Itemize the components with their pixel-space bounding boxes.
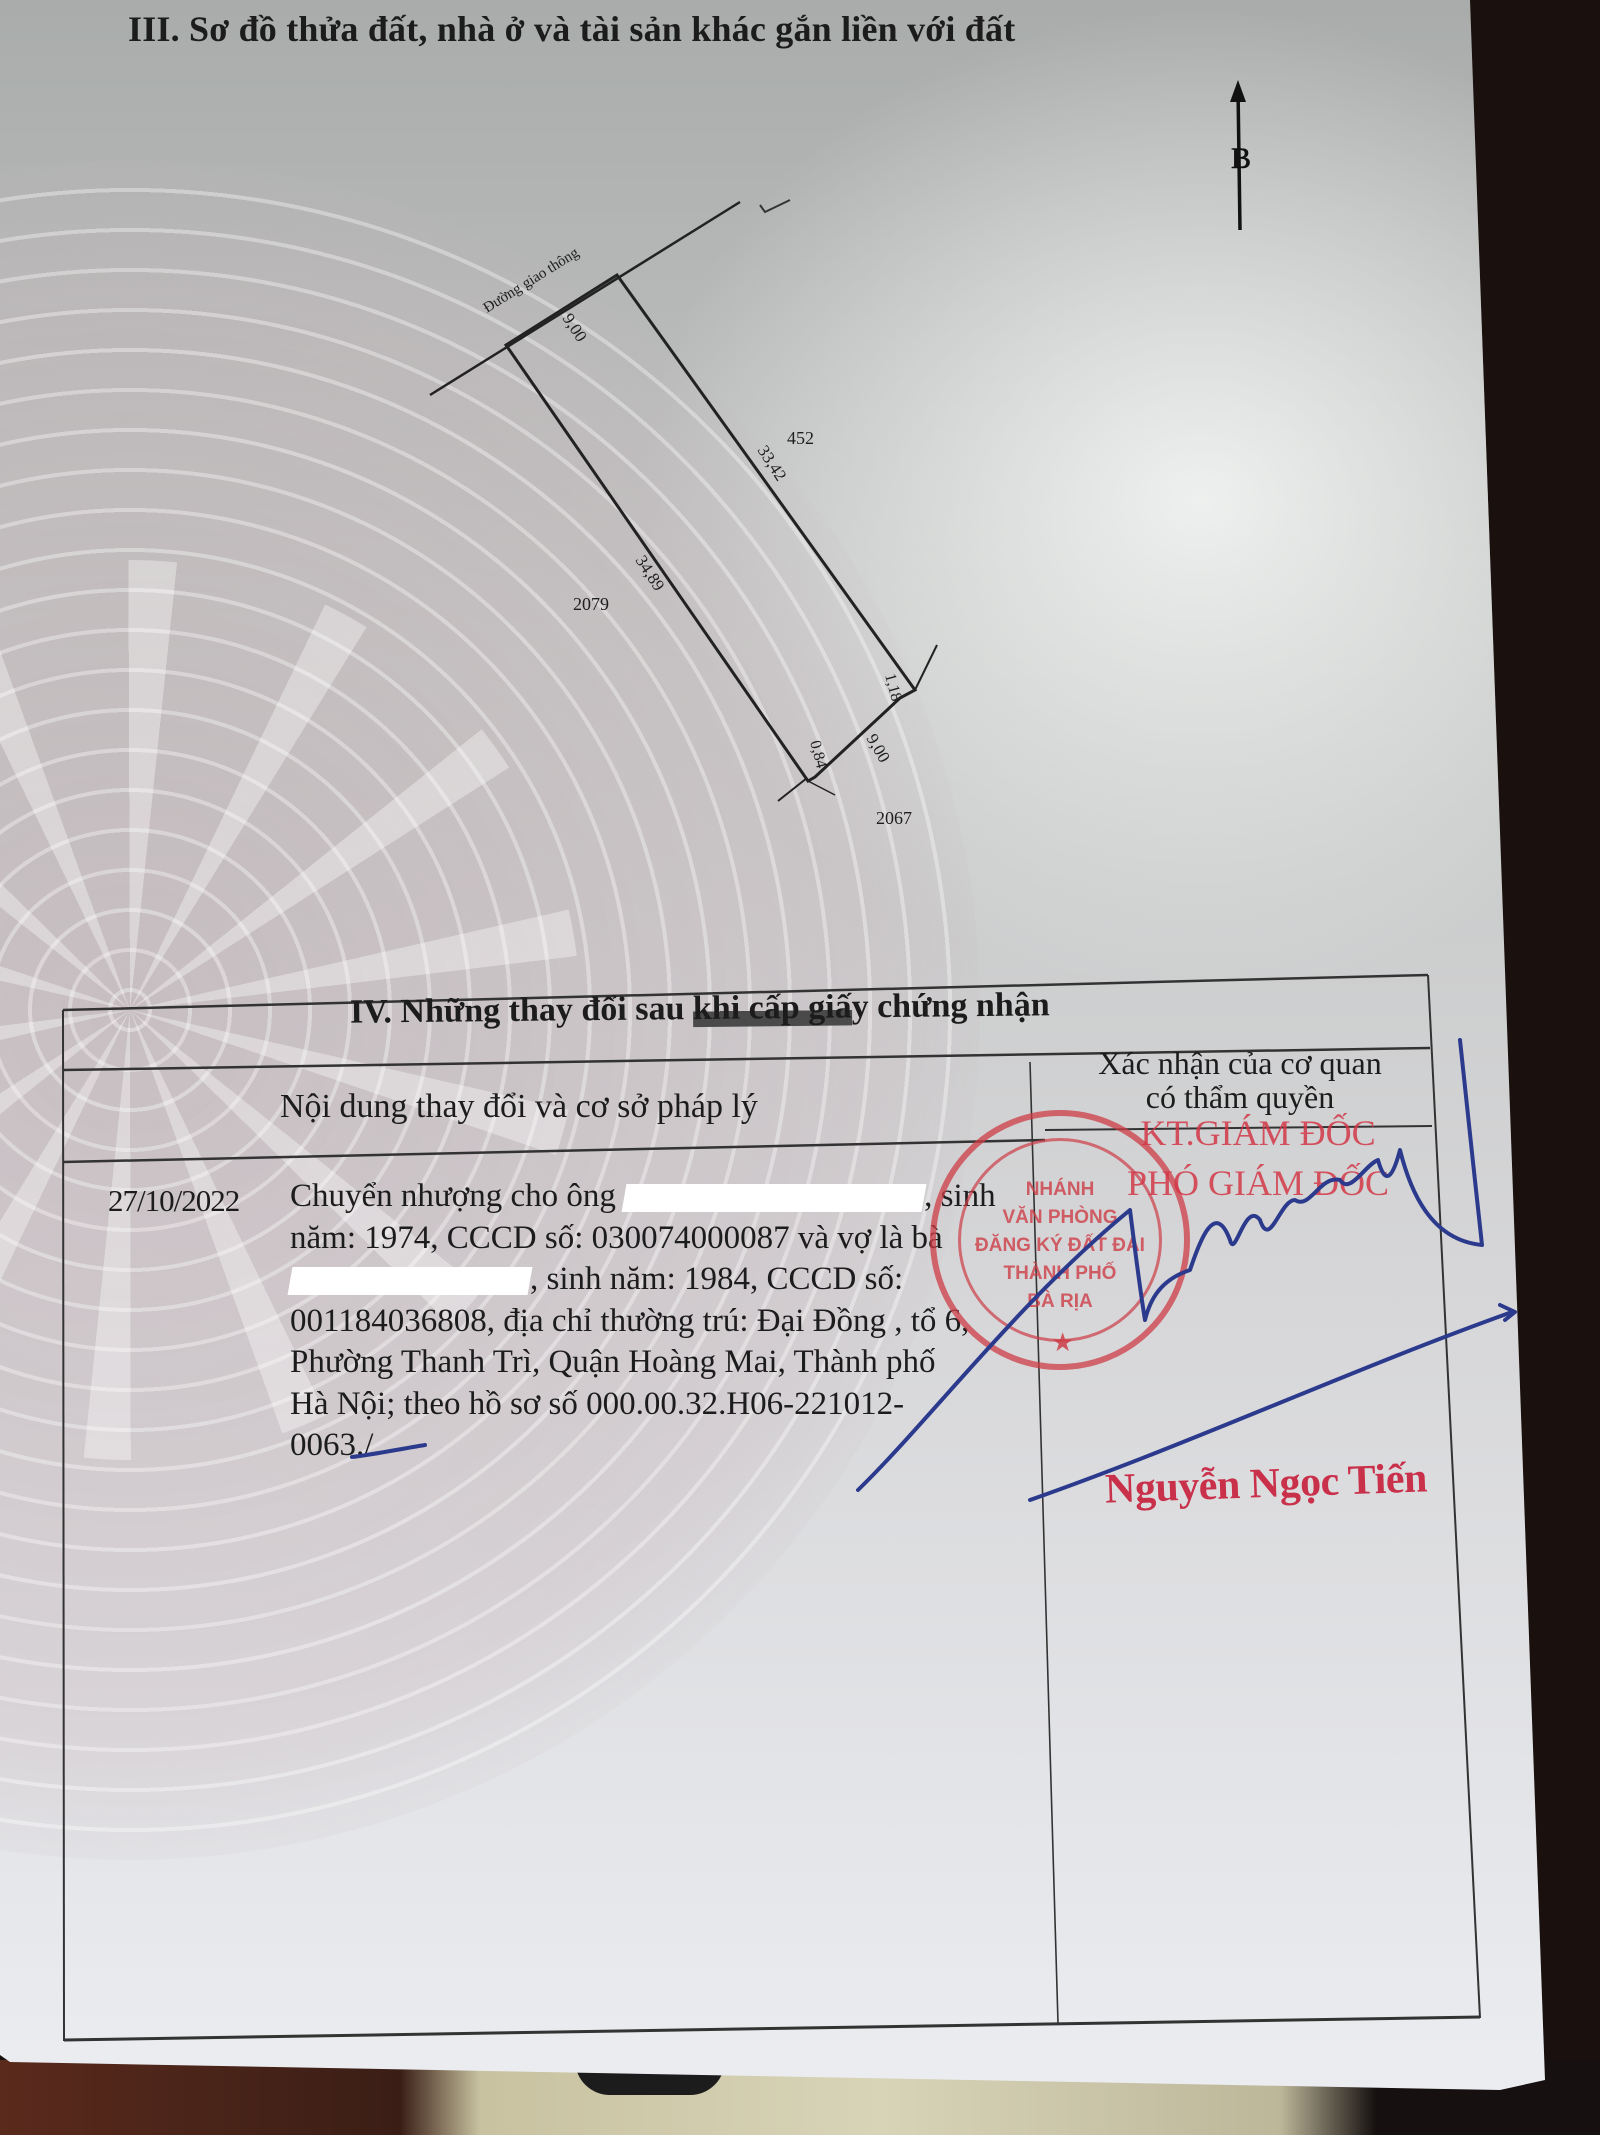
- redacted-name-2: [288, 1267, 533, 1295]
- entry-line: Phường Thanh Trì, Quận Hoàng Mai, Thành …: [290, 1344, 936, 1380]
- section-4-title-redacted: khi cấp giấ: [693, 988, 852, 1027]
- signatory-title-line2: PHÓ GIÁM ĐỐC: [1098, 1158, 1418, 1208]
- seal-star-icon: ★: [1051, 1328, 1074, 1358]
- redacted-name-1: [622, 1184, 927, 1212]
- signatory-title: KT.GIÁM ĐỐC PHÓ GIÁM ĐỐC: [1098, 1108, 1418, 1208]
- seal-line: VĂN PHÒNG: [936, 1204, 1184, 1232]
- section-4-title: IV. Những thay đổi sau khi cấp giấy chứn…: [350, 986, 1050, 1031]
- seal-line: ĐĂNG KÝ ĐẤT ĐAI: [936, 1232, 1184, 1260]
- entry-line: 0063./.: [290, 1427, 382, 1463]
- certificate-page: III. Sơ đồ thửa đất, nhà ở và tài sản kh…: [0, 0, 1600, 2135]
- entry-line: Hà Nội; theo hồ sơ số 000.00.32.H06-2210…: [290, 1386, 904, 1422]
- entry-line: , sinh năm: 1984, CCCD số:: [530, 1261, 903, 1297]
- seal-line: BÀ RỊA: [936, 1288, 1184, 1316]
- column-header-confirmation: Xác nhận của cơ quan có thẩm quyền: [1050, 1046, 1430, 1114]
- entry-content: Chuyển nhượng cho ông , sinh năm: 1974, …: [290, 1176, 1030, 1467]
- column-header-content: Nội dung thay đổi và cơ sở pháp lý: [280, 1088, 758, 1126]
- entry-line: Chuyển nhượng cho ông: [290, 1178, 616, 1214]
- seal-line: THÀNH PHỐ: [936, 1260, 1184, 1288]
- signatory-title-line1: KT.GIÁM ĐỐC: [1098, 1108, 1418, 1158]
- entry-date: 27/10/2022: [108, 1183, 239, 1219]
- section-4-title-prefix: IV. Những thay đổi sau: [350, 990, 693, 1031]
- entry-line: 001184036808, địa chỉ thường trú: Đại Đồ…: [290, 1303, 969, 1339]
- entry-line: năm: 1974, CCCD số: 030074000087 và vợ l…: [290, 1220, 943, 1256]
- column-header-confirmation-line1: Xác nhận của cơ quan: [1050, 1046, 1430, 1080]
- section-4-title-suffix: y chứng nhận: [851, 986, 1049, 1025]
